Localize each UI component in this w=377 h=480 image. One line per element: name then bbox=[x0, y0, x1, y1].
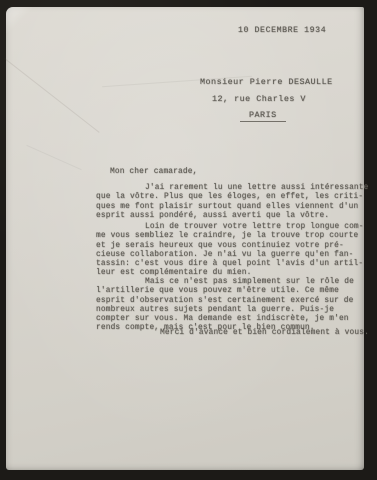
recipient-city: PARIS bbox=[200, 110, 333, 127]
recipient-address-block: Monsieur Pierre DESAULLE 12, rue Charles… bbox=[200, 77, 333, 127]
paragraph-2: Loin de trouver votre lettre trop longue… bbox=[96, 223, 364, 279]
paper-crease bbox=[26, 145, 81, 170]
letter-date: 10 DECEMBRE 1934 bbox=[238, 26, 326, 35]
recipient-name: Monsieur Pierre DESAULLE bbox=[200, 77, 333, 94]
paragraph-line: tassin: c'est vous dire à quel point l'a… bbox=[96, 260, 364, 269]
paragraph-line: l'artillerie que vous pouvez m'être util… bbox=[96, 287, 354, 296]
closing-line: Merci d'avance et bien cordialement à vo… bbox=[160, 329, 369, 338]
scan-background: 10 DECEMBRE 1934 Monsieur Pierre DESAULL… bbox=[0, 0, 377, 480]
paragraph-3: Mais ce n'est pas simplement sur le rôle… bbox=[96, 278, 354, 334]
paragraph-line: me vous sembliez le craindre, je la trou… bbox=[96, 232, 364, 241]
paragraph-line: esprit aussi pondéré, aussi averti que l… bbox=[96, 212, 369, 221]
paragraph-line: Mais ce n'est pas simplement sur le rôle… bbox=[96, 278, 354, 287]
paragraph-line: nombreux autres sujets pendant la guerre… bbox=[96, 306, 354, 315]
paper-crease bbox=[4, 58, 99, 133]
paragraph-line: esprit d'observation s'est certainement … bbox=[96, 297, 354, 306]
paragraph-line: et je serais heureux que vous continuiez… bbox=[96, 242, 364, 251]
recipient-city-underlined: PARIS bbox=[240, 110, 286, 122]
paragraph-1: J'ai rarement lu une lettre aussi intére… bbox=[96, 184, 369, 221]
recipient-street: 12, rue Charles V bbox=[200, 94, 333, 111]
paragraph-line: Loin de trouver votre lettre trop longue… bbox=[96, 223, 364, 232]
paragraph-line: J'ai rarement lu une lettre aussi intére… bbox=[96, 184, 369, 193]
paragraph-line: compter sur vous. Ma demande est indiscr… bbox=[96, 315, 354, 324]
salutation: Mon cher camarade, bbox=[110, 168, 197, 177]
paragraph-line: cieuse collaboration. Je n'ai vu la guer… bbox=[96, 251, 364, 260]
paragraph-line: ques me font plaisir surtout quand elles… bbox=[96, 203, 369, 212]
paragraph-line: que la vôtre. Plus que les éloges, en ef… bbox=[96, 193, 369, 202]
paper-corner-fold bbox=[6, 7, 32, 33]
